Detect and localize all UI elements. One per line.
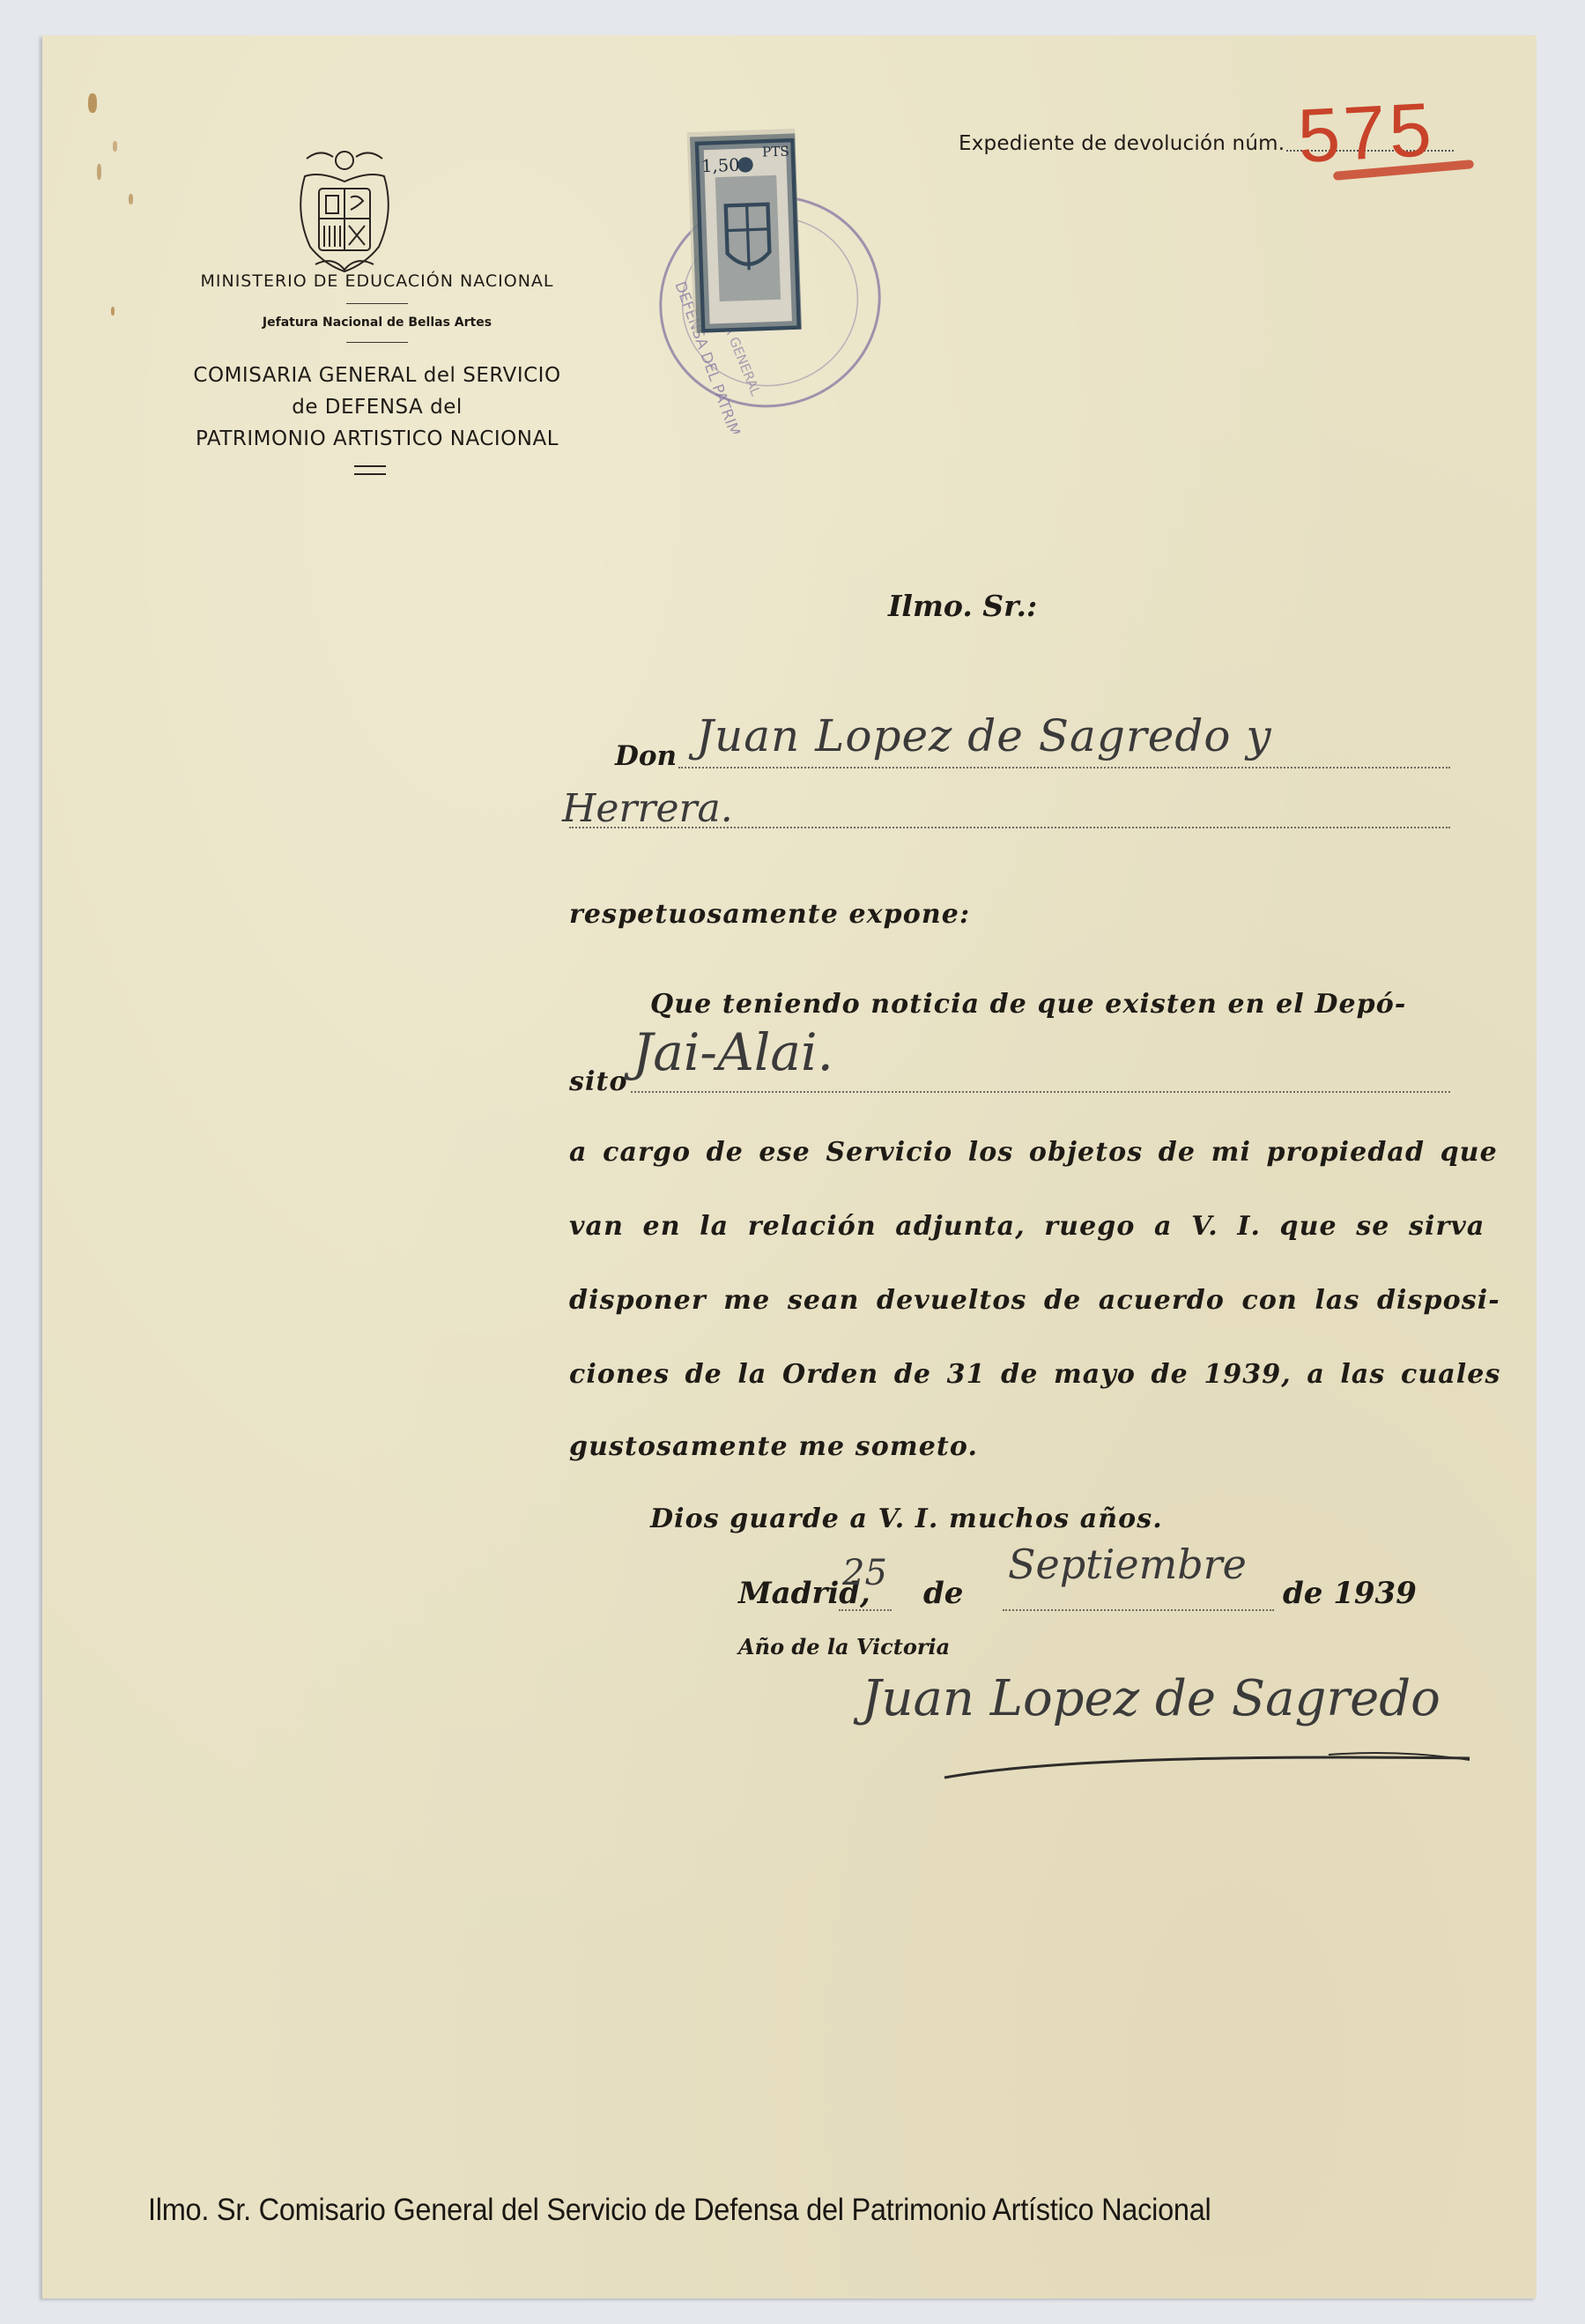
date-year: de 1939 [1283, 1576, 1417, 1611]
commission-line-3: PATRIMONIO ARTISTICO NACIONAL [139, 423, 615, 455]
date-month-handwritten: Septiembre [1008, 1541, 1247, 1588]
ministry-name: MINISTERIO DE EDUCACIÓN NACIONAL [139, 271, 615, 291]
stain-mark [88, 93, 97, 113]
double-rule [354, 465, 386, 475]
signature-flourish-icon [941, 1749, 1487, 1781]
applicant-name-handwritten-2: Herrera. [562, 786, 733, 831]
commission-line-2: de DEFENSA del [139, 391, 615, 423]
body-line-5: disponer me sean devueltos de acuerdo co… [569, 1285, 1500, 1316]
body-intro: respetuosamente expone: [569, 899, 970, 930]
document-page: MINISTERIO DE EDUCACIÓN NACIONAL Jefatur… [42, 35, 1537, 2298]
date-de: de [923, 1576, 963, 1611]
applicant-name-line-1 [678, 767, 1450, 768]
coat-of-arms-icon [289, 141, 400, 282]
addressee-footer: Ilmo. Sr. Comisario General del Servicio… [148, 2193, 1211, 2228]
body-line-1: Que teniendo noticia de que existen en e… [650, 989, 1406, 1020]
stain-mark [97, 164, 101, 180]
deposit-dotted-line [631, 1091, 1450, 1093]
applicant-name-handwritten: Juan Lopez de Sagredo y [696, 710, 1272, 761]
department-name: Jefatura Nacional de Bellas Artes [139, 316, 615, 330]
commission-name: COMISARIA GENERAL del SERVICIO de DEFENS… [139, 360, 615, 455]
svg-text:PTS: PTS [762, 144, 789, 160]
body-line-4: van en la relación adjunta, ruego a V. I… [569, 1211, 1485, 1242]
divider [346, 342, 408, 343]
date-day-line [839, 1609, 892, 1611]
divider [346, 303, 408, 304]
body-line-3: a cargo de ese Servicio los objetos de m… [569, 1137, 1498, 1168]
commission-line-1: COMISARIA GENERAL del SERVICIO [139, 360, 615, 391]
year-motto: Año de la Victoria [738, 1634, 950, 1659]
deposit-name-handwritten: Jai-Alai. [633, 1022, 833, 1082]
closing-formula: Dios guarde a V. I. muchos años. [650, 1504, 1163, 1534]
stain-mark [129, 194, 133, 204]
stain-mark [111, 307, 115, 316]
salutation: Ilmo. Sr.: [888, 589, 1037, 623]
deposit-label: sito [569, 1066, 628, 1097]
svg-text:1,50: 1,50 [701, 155, 740, 177]
file-number-label: Expediente de devolución núm. [959, 132, 1285, 155]
body-line-7: gustosamente me someto. [569, 1431, 978, 1462]
body-line-6: ciones de la Orden de 31 de mayo de 1939… [569, 1359, 1500, 1390]
date-month-line [1003, 1609, 1274, 1611]
applicant-label: Don [615, 740, 677, 772]
revenue-stamp-icon: 1,50 PTS [680, 127, 802, 333]
date-day-handwritten: 25 [842, 1553, 887, 1593]
signature: Juan Lopez de Sagredo [862, 1670, 1441, 1727]
stain-mark [113, 141, 117, 152]
